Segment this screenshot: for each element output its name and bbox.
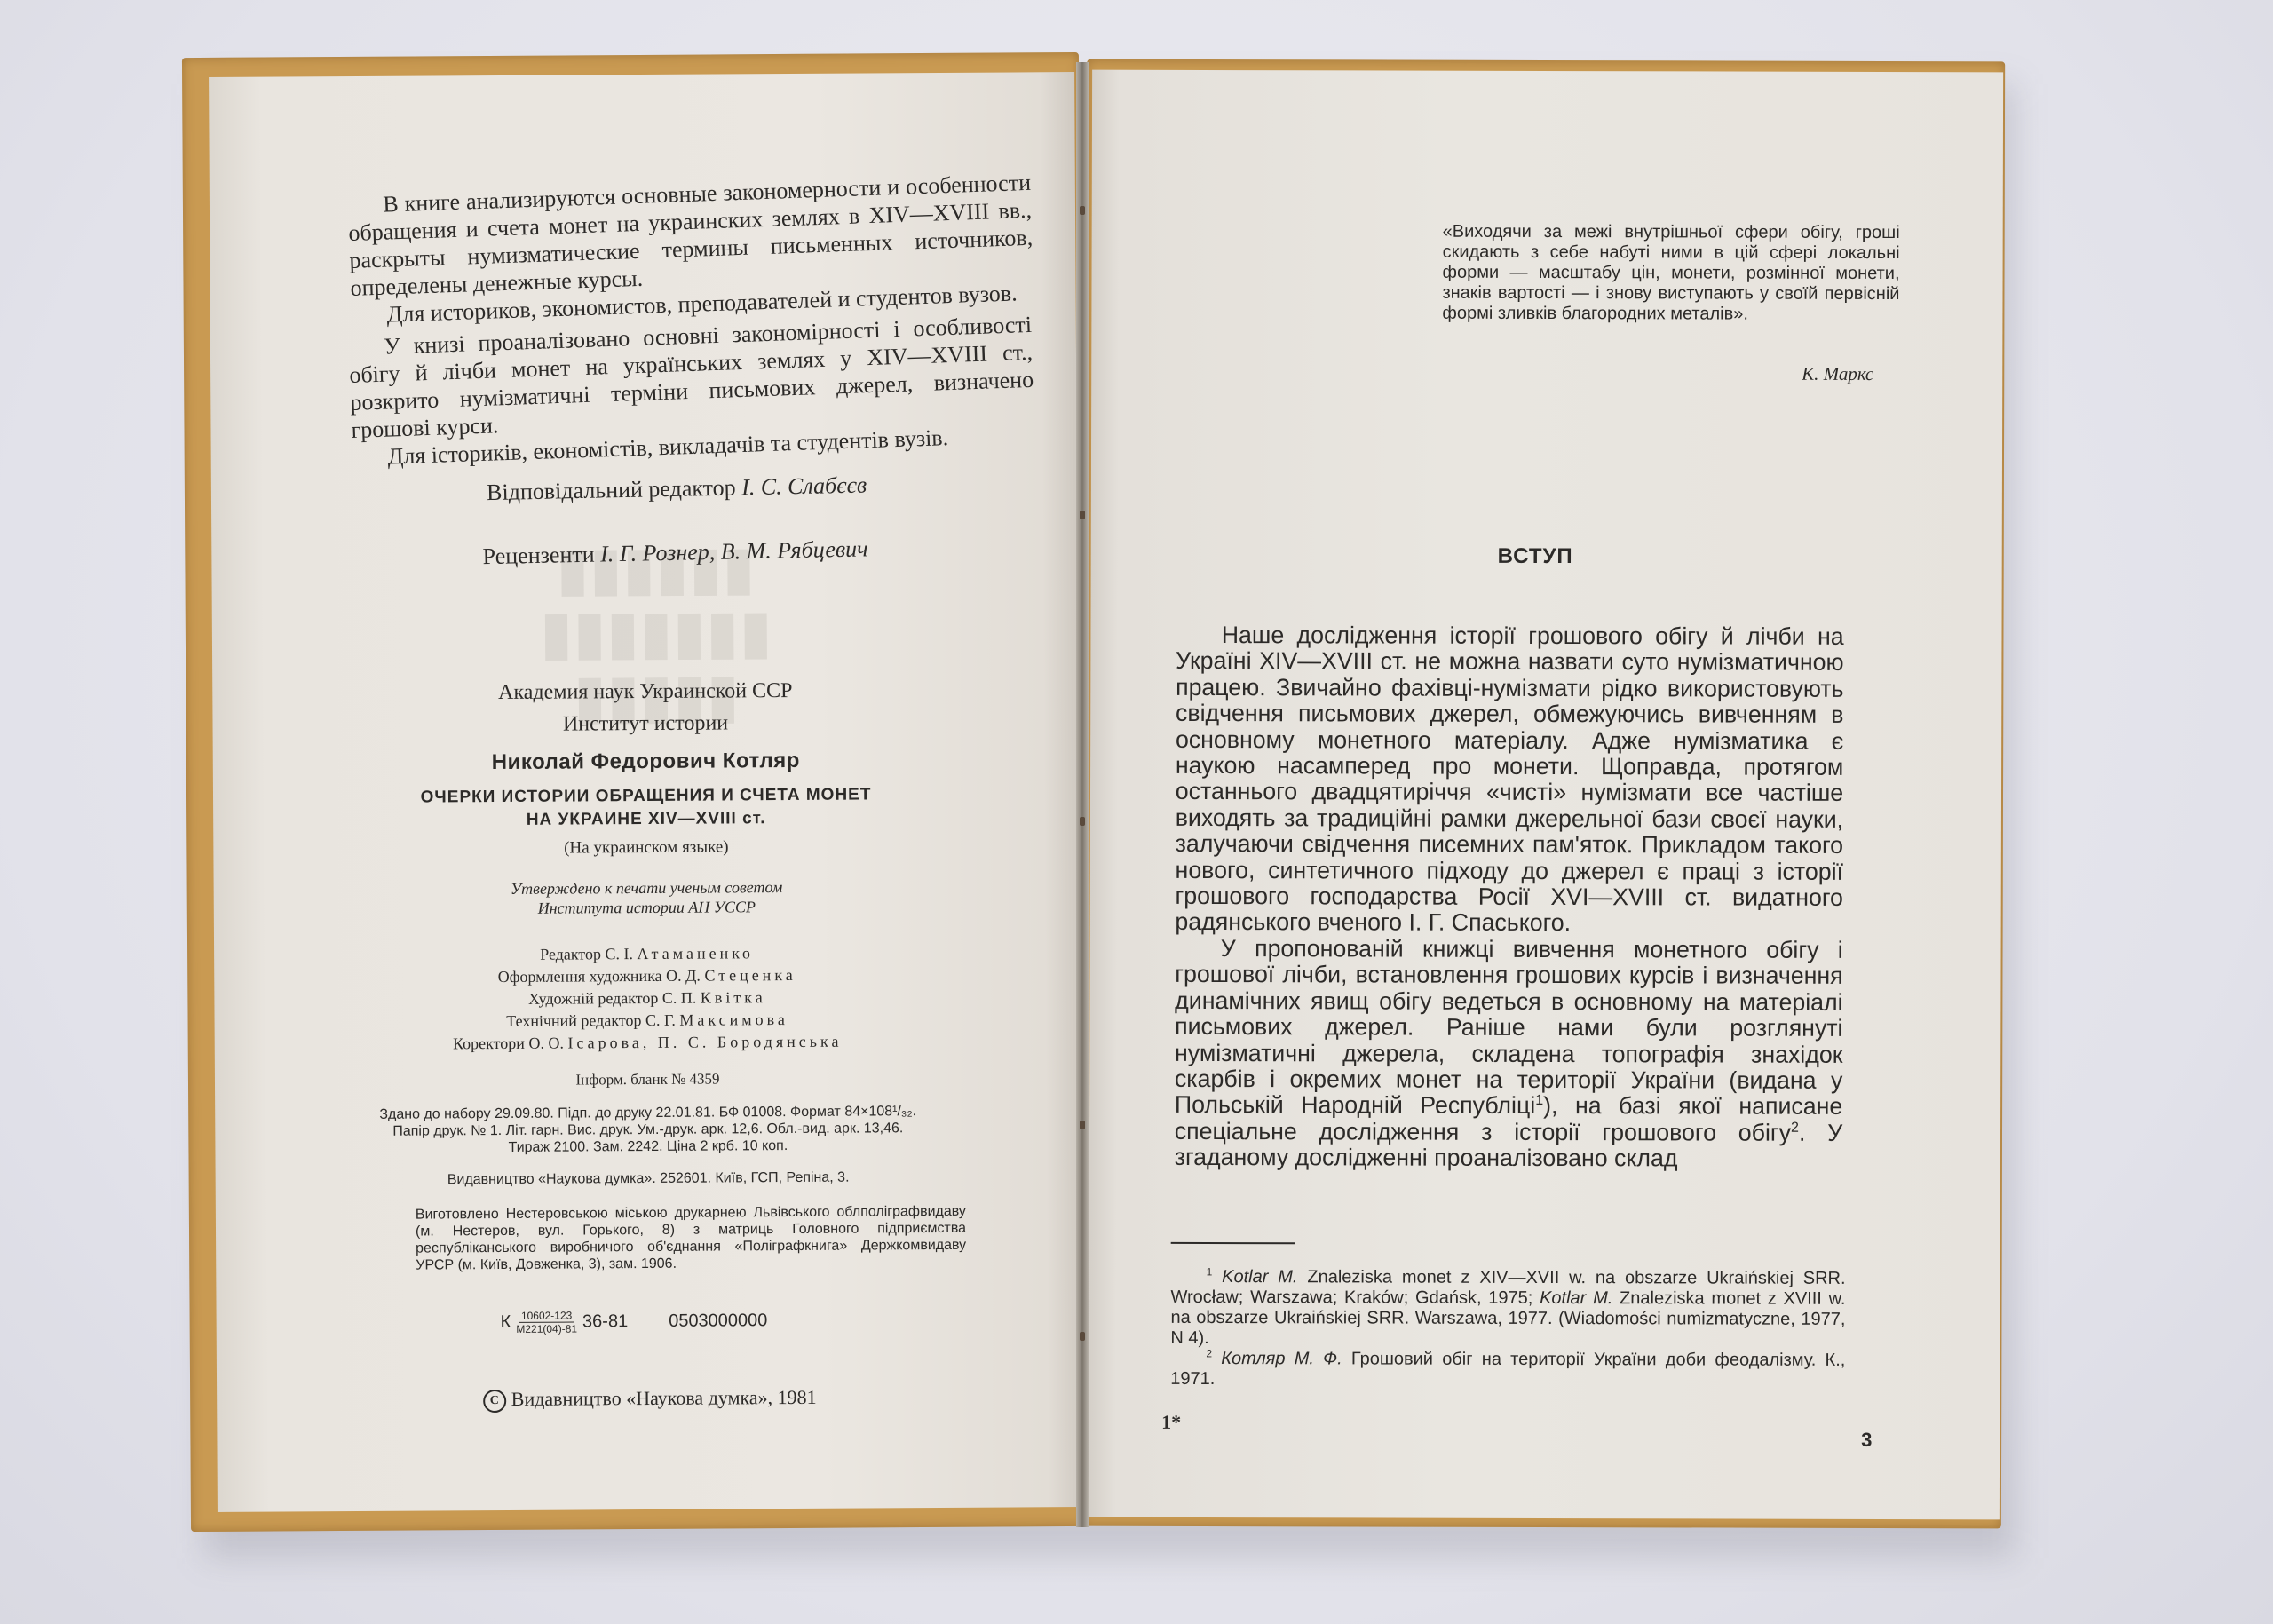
- code-numerator: 10602-123: [519, 1310, 574, 1323]
- copyright-line: CВидавництво «Наукова думка», 1981: [217, 1384, 1082, 1414]
- body-paragraph-2: У пропонованій книжці вивчення монетного…: [1175, 936, 1843, 1173]
- responsible-editor: Відповідальний редактор І. С. Слабєєв: [487, 471, 867, 506]
- author-name: Николай Федорович Котляр: [213, 747, 1079, 777]
- copyright-text: Видавництво «Наукова думка», 1981: [511, 1386, 817, 1410]
- language-note: (На украинском языке): [213, 836, 1079, 860]
- abstract-ukrainian: У книзі проаналізовано основні закономір…: [348, 311, 1036, 471]
- approval-line2: Института истории АН УССР: [214, 895, 1080, 920]
- epigraph-quote: «Виходячи за межі внутрішньої сфери обіг…: [1442, 222, 1899, 325]
- binding-stitch: [1080, 817, 1085, 826]
- footnote-ref[interactable]: 2: [1791, 1119, 1799, 1135]
- body-paragraph-1: Наше дослідження історії грошового обігу…: [1175, 622, 1843, 938]
- footnote-author: Kotlar M.: [1222, 1267, 1297, 1287]
- code-prefix: К: [501, 1312, 511, 1333]
- code-suffix: 36-81: [582, 1311, 628, 1332]
- staff-name: Ісарова, П. С. Бородянська: [567, 1033, 842, 1052]
- paragraph-text: У пропонованій книжці вивчення монетного…: [1175, 935, 1843, 1119]
- staff-role: Коректори О. О.: [453, 1034, 564, 1053]
- reviewers-names: І. Г. Рознер, В. М. Рябцевич: [600, 535, 868, 566]
- footnote-author: Котляр М. Ф.: [1221, 1349, 1342, 1368]
- book-spine-gutter: [1076, 62, 1089, 1527]
- staff-item: Коректори О. О. Ісарова, П. С. Бородянсь…: [215, 1029, 1081, 1057]
- staff-name: Атаманенко: [637, 944, 754, 963]
- staff-name: Квітка: [701, 988, 766, 1006]
- print-imprint: Здано до набору 29.09.80. Підп. до друку…: [215, 1102, 1081, 1158]
- approval-note: Утверждено к печати ученым советом Инсти…: [214, 875, 1080, 920]
- right-page-introduction: «Виходячи за межі внутрішньої сфери обіг…: [1089, 70, 2003, 1520]
- copyright-icon: C: [483, 1390, 506, 1413]
- footnote-number: 2: [1206, 1347, 1212, 1359]
- book-title-line2: НА УКРАИНЕ XIV—XVIII ст.: [213, 805, 1079, 834]
- staff-role: Оформлення художника О. Д.: [498, 967, 701, 986]
- printer-info: Виготовлено Нестеровською міською друкар…: [416, 1203, 966, 1274]
- responsible-editor-label: Відповідальний редактор: [487, 474, 736, 505]
- staff-role: Редактор С. І.: [540, 945, 633, 963]
- institute-name: Институт истории: [212, 709, 1078, 739]
- introduction-body: Наше дослідження історії грошового обігу…: [1175, 622, 1844, 1172]
- binding-stitch: [1080, 1332, 1085, 1341]
- publisher-address: Видавництво «Наукова думка». 252601. Киї…: [216, 1168, 1081, 1190]
- staff-role: Технічний редактор С. Г.: [506, 1011, 676, 1030]
- footnotes: 1 Kotlar M. Znaleziska monet z XIV—XVII …: [1170, 1267, 1845, 1391]
- responsible-editor-name: І. С. Слабєєв: [741, 471, 867, 500]
- section-heading: ВСТУП: [1498, 544, 1573, 569]
- reviewers-label: Рецензенти: [482, 542, 595, 570]
- staff-name: Максимова: [679, 1010, 788, 1029]
- footnote-author: Kotlar M.: [1540, 1288, 1612, 1308]
- book-title: ОЧЕРКИ ИСТОРИИ ОБРАЩЕНИЯ И СЧЕТА МОНЕТ Н…: [213, 782, 1079, 834]
- footnote-1: 1 Kotlar M. Znaleziska monet z XIV—XVII …: [1170, 1267, 1845, 1351]
- signature-mark: 1*: [1161, 1411, 1181, 1434]
- footnote-divider: [1171, 1242, 1295, 1244]
- staff-name: Стеценка: [704, 966, 796, 985]
- code-number: 0503000000: [669, 1311, 767, 1332]
- abstract-russian: В книге анализируются основные закономер…: [347, 169, 1035, 329]
- code-denominator: М221(04)-81: [516, 1322, 577, 1335]
- staff-role: Художній редактор С. П.: [528, 989, 696, 1008]
- binding-stitch: [1080, 511, 1085, 519]
- staff-list: Редактор С. І. Атаманенко Оформлення худ…: [214, 940, 1081, 1057]
- binding-stitch: [1080, 1121, 1085, 1129]
- left-page-colophon: ▮▮▮▮▮▮▮▮▮▮▮▮▮▮▮▮▮▮ В книге анализируются…: [209, 72, 1083, 1512]
- classification-code: К 10602-123 М221(04)-81 36-81 0503000000: [501, 1308, 768, 1335]
- inform-blank: Інформ. бланк № 4359: [215, 1068, 1081, 1091]
- binding-stitch: [1080, 206, 1085, 215]
- footnote-2: 2 Котляр М. Ф. Грошовий обіг на територі…: [1170, 1349, 1845, 1391]
- footnote-number: 1: [1207, 1265, 1213, 1278]
- page-number: 3: [1861, 1429, 1872, 1452]
- code-fraction: 10602-123 М221(04)-81: [516, 1309, 577, 1335]
- epigraph-author: К. Маркс: [1802, 363, 1873, 385]
